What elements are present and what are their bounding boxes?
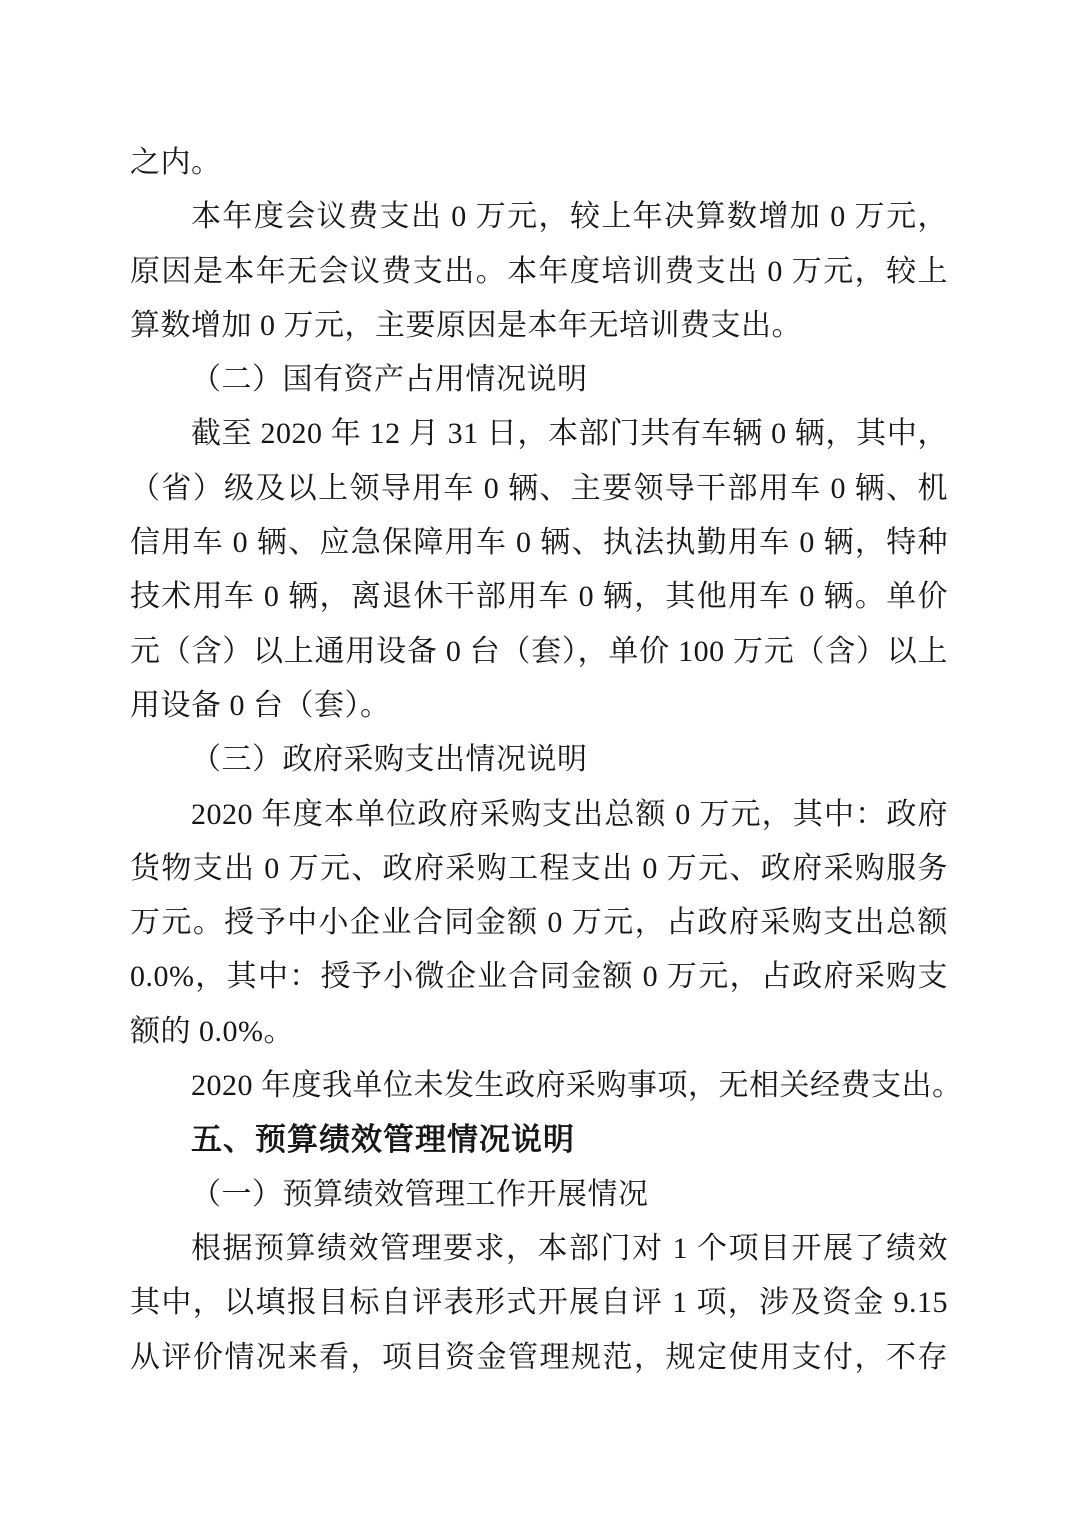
text-line: 本年度会议费支出 0 万元，较上年决算数增加 0 万元，主要 xyxy=(130,190,948,244)
text-line: 原因是本年无会议费支出。本年度培训费支出 0 万元，较上年决 xyxy=(130,245,948,299)
text-line: 从评价情况来看，项目资金管理规范，规定使用支付，不存在挪 xyxy=(130,1331,948,1385)
section-heading: 五、预算绩效管理情况说明 xyxy=(130,1113,948,1167)
subsection-heading: （一）预算绩效管理工作开展情况 xyxy=(130,1168,948,1222)
document-text-block: 之内。本年度会议费支出 0 万元，较上年决算数增加 0 万元，主要原因是本年无会… xyxy=(130,136,948,1385)
text-line: 0.0%，其中：授予小微企业合同金额 0 万元，占政府采购支出总 xyxy=(130,950,948,1004)
text-line: 额的 0.0%。 xyxy=(130,1005,948,1059)
text-line: 信用车 0 辆、应急保障用车 0 辆、执法执勤用车 0 辆，特种专业 xyxy=(130,516,948,570)
text-line: 截至 2020 年 12 月 31 日，本部门共有车辆 0 辆，其中，副部 xyxy=(130,407,948,461)
text-line: 其中，以填报目标自评表形式开展自评 1 项，涉及资金 9.15 万元， xyxy=(130,1276,948,1330)
text-line: 元（含）以上通用设备 0 台（套），单价 100 万元（含）以上专 xyxy=(130,625,948,679)
document-page: 之内。本年度会议费支出 0 万元，较上年决算数增加 0 万元，主要原因是本年无会… xyxy=(0,0,1074,1520)
text-line: （省）级及以上领导用车 0 辆、主要领导干部用车 0 辆、机要通 xyxy=(130,462,948,516)
text-line: 根据预算绩效管理要求，本部门对 1 个项目开展了绩效自评， xyxy=(130,1222,948,1276)
text-line: 算数增加 0 万元，主要原因是本年无培训费支出。 xyxy=(130,299,948,353)
text-line: 2020 年度本单位政府采购支出总额 0 万元，其中：政府采购 xyxy=(130,788,948,842)
text-line: 技术用车 0 辆，离退休干部用车 0 辆，其他用车 0 辆。单价 50 万 xyxy=(130,570,948,624)
subsection-heading: （三）政府采购支出情况说明 xyxy=(130,733,948,787)
text-line: 货物支出 0 万元、政府采购工程支出 0 万元、政府采购服务支出 0 xyxy=(130,842,948,896)
text-line: 之内。 xyxy=(130,136,948,190)
subsection-heading: （二）国有资产占用情况说明 xyxy=(130,353,948,407)
text-line: 万元。授予中小企业合同金额 0 万元，占政府采购支出总额的 xyxy=(130,896,948,950)
text-line: 2020 年度我单位未发生政府采购事项，无相关经费支出。 xyxy=(130,1059,948,1113)
text-line: 用设备 0 台（套）。 xyxy=(130,679,948,733)
